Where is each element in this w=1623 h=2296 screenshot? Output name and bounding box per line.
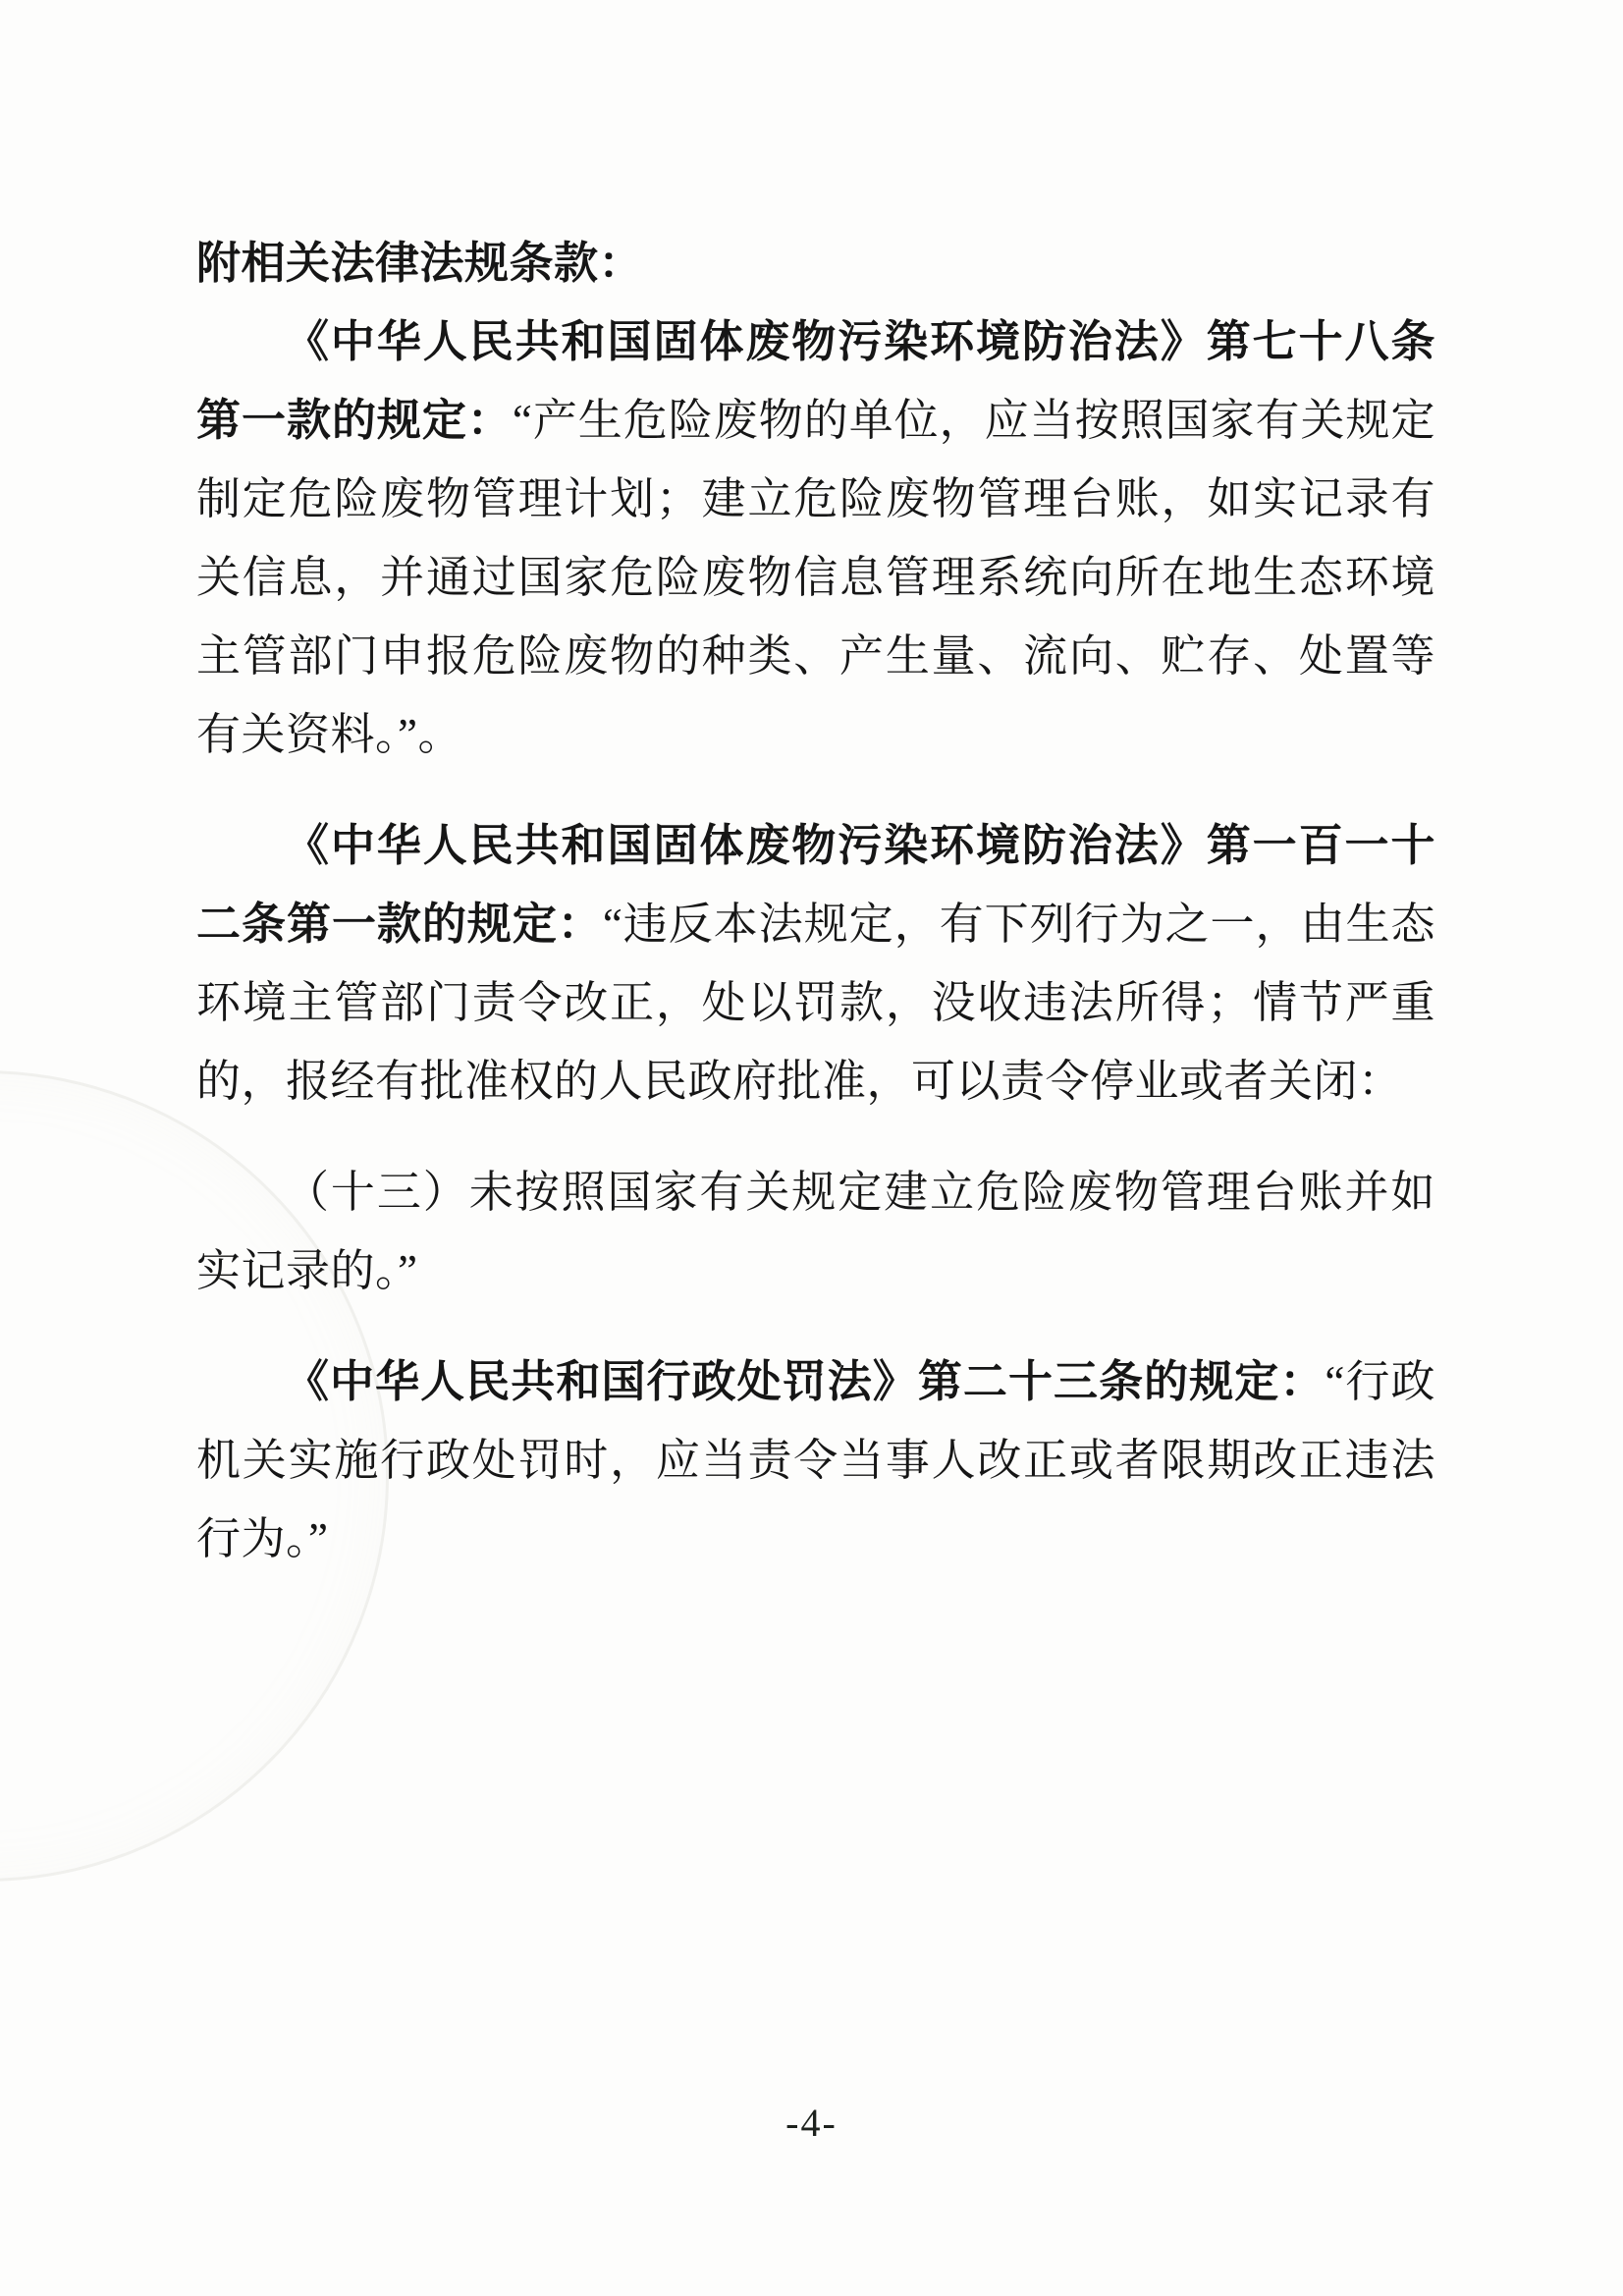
page-number: -4-: [0, 2100, 1623, 2147]
legal-paragraph-4: 《中华人民共和国行政处罚法》第二十三条的规定：“行政机关实施行政处罚时，应当责令…: [196, 1342, 1435, 1578]
law-quote-3: （十三）未按照国家有关规定建立危险废物管理台账并如实记录的。”: [196, 1168, 1435, 1295]
law-quote-1: “产生危险废物的单位，应当按照国家有关规定制定危险废物管理计划；建立危险废物管理…: [196, 396, 1435, 759]
document-body: 附相关法律法规条款： 《中华人民共和国固体废物污染环境防治法》第七十八条第一款的…: [196, 224, 1435, 1578]
legal-paragraph-1: 《中华人民共和国固体废物污染环境防治法》第七十八条第一款的规定：“产生危险废物的…: [196, 302, 1435, 774]
law-citation-4: 《中华人民共和国行政处罚法》第二十三条的规定：: [285, 1357, 1325, 1406]
section-heading: 附相关法律法规条款：: [196, 224, 1435, 302]
legal-paragraph-3: （十三）未按照国家有关规定建立危险废物管理台账并如实记录的。”: [196, 1153, 1435, 1310]
legal-paragraph-2: 《中华人民共和国固体废物污染环境防治法》第一百一十二条第一款的规定：“违反本法规…: [196, 806, 1435, 1121]
document-page: 附相关法律法规条款： 《中华人民共和国固体废物污染环境防治法》第七十八条第一款的…: [0, 0, 1623, 2296]
